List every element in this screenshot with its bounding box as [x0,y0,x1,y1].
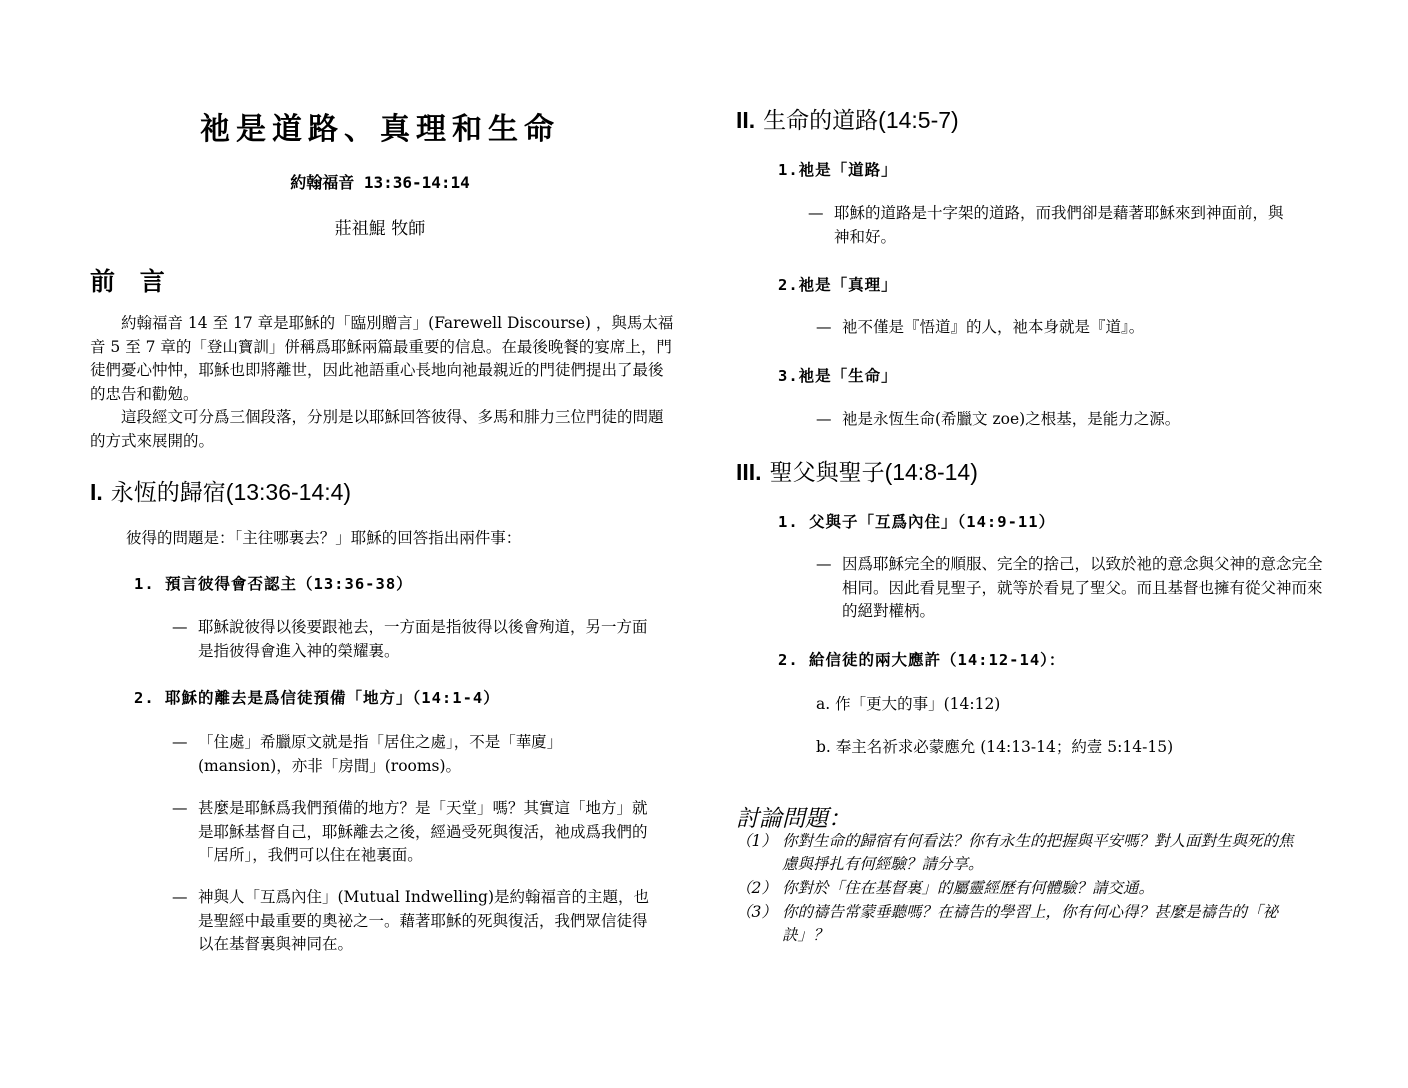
section-title: 生命的道路(14:5-7) [763,107,959,133]
dash-icon: — [816,408,832,432]
discussion-question: （2） 你對於「住在基督裏」的屬靈經歷有何體驗？請交通。 [736,877,1296,900]
point-heading: 2. 耶穌的離去是爲信徒預備「地方」（14:1-4） [134,686,500,708]
section-title: 永恆的歸宿(13:36-14:4) [111,479,351,505]
point-heading: 1. 預言彼得會否認主（13:36-38） [134,572,413,594]
point-heading: 2.祂是「真理」 [778,273,898,295]
dash-icon: — [172,731,188,755]
intro-heading: 前 言 [90,262,173,298]
discussion-question: （3） 你的禱告常蒙垂聽嗎？在禱告的學習上，你有何心得？甚麼是禱告的「祕訣」？ [736,901,1296,947]
dash-icon: — [816,316,832,340]
promise-item: a. 作「更大的事」(14:12) [816,692,1000,714]
dash-icon: — [808,202,824,226]
section-numeral: III. [736,459,762,485]
scripture-reference: 約翰福音 13:36-14:14 [90,170,670,193]
section-numeral: I. [90,479,103,505]
document-page: 祂是道路、真理和生命 約翰福音 13:36-14:14 莊祖鯤 牧師 前 言 約… [0,0,1408,1088]
point-heading: 1. 父與子「互爲內住」（14:9-11） [778,510,1055,532]
section-heading-1: I.永恆的歸宿(13:36-14:4) [90,474,351,507]
point-heading: 2. 給信徒的兩大應許（14:12-14）： [778,648,1065,670]
bullet-item: — 「住處」希臘原文就是指「居住之處」，不是「華廈」(mansion)，亦非「房… [172,731,652,778]
bullet-item: — 甚麼是耶穌爲我們預備的地方？是「天堂」嗎？其實這「地方」就是耶穌基督自己，耶… [172,797,652,868]
bullet-item: — 因爲耶穌完全的順服、完全的捨己，以致於祂的意念與父神的意念完全相同。因此看見… [816,553,1326,624]
point-heading: 1.祂是「道路」 [778,158,898,180]
dash-icon: — [816,553,832,577]
point-heading: 3.祂是「生命」 [778,364,898,386]
bullet-item: — 神與人「互爲內住」(Mutual Indwelling)是約翰福音的主題，也… [172,886,652,957]
bullet-item: — 耶穌說彼得以後要跟祂去，一方面是指彼得以後會殉道，另一方面是指彼得會進入神的… [172,616,652,663]
dash-icon: — [172,616,188,640]
dash-icon: — [172,797,188,821]
document-title: 祂是道路、真理和生命 [90,104,670,148]
dash-icon: — [172,886,188,910]
author: 莊祖鯤 牧師 [90,214,670,239]
intro-paragraph: 這段經文可分爲三個段落，分別是以耶穌回答彼得、多馬和腓力三位門徒的問題的方式來展… [90,406,674,453]
discussion-heading: 討論問題： [736,800,851,833]
bullet-item: — 祂不僅是『悟道』的人，祂本身就是『道』。 [816,316,1296,340]
discussion-question: （1） 你對生命的歸宿有何看法？你有永生的把握與平安嗎？對人面對生與死的焦慮與掙… [736,830,1296,876]
promise-item: b. 奉主名祈求必蒙應允 (14:13-14；約壹 5:14-15) [816,735,1173,757]
bullet-item: — 耶穌的道路是十字架的道路，而我們卻是藉著耶穌來到神面前，與神和好。 [808,202,1288,249]
section-lead: 彼得的問題是：「主往哪裏去？」耶穌的回答指出兩件事： [126,526,521,548]
intro-paragraph: 約翰福音 14 至 17 章是耶穌的「臨別贈言」(Farewell Discou… [90,312,674,406]
section-title: 聖父與聖子(14:8-14) [770,459,978,485]
section-heading-3: III.聖父與聖子(14:8-14) [736,454,978,487]
bullet-item: — 祂是永恆生命(希臘文 zoe)之根基，是能力之源。 [816,408,1296,432]
section-heading-2: II.生命的道路(14:5-7) [736,102,959,135]
intro-body: 約翰福音 14 至 17 章是耶穌的「臨別贈言」(Farewell Discou… [90,312,674,453]
section-numeral: II. [736,107,755,133]
